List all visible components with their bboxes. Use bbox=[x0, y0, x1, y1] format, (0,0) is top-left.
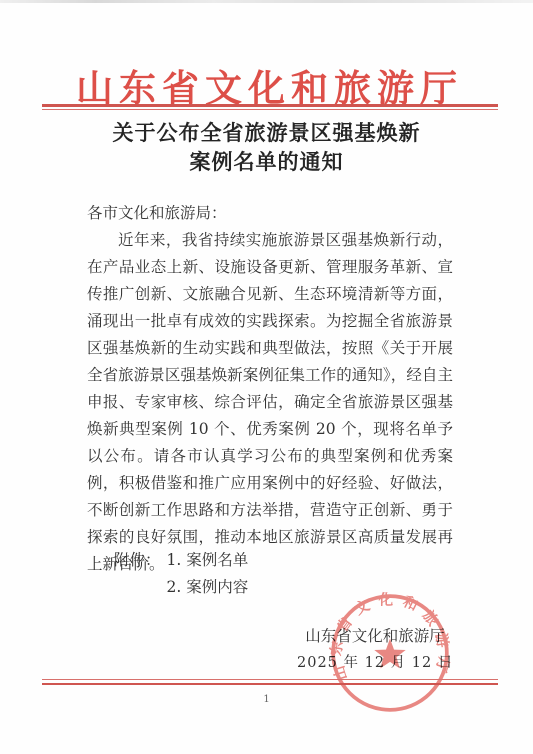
page-number: 1 bbox=[0, 694, 533, 705]
signature-date: 2025 年 12 月 12 日 bbox=[297, 650, 453, 676]
attachments-list: 1. 案例名单 2. 案例内容 bbox=[167, 547, 249, 601]
attachment-item-2: 2. 案例内容 bbox=[167, 574, 249, 601]
footer-divider-rule bbox=[42, 679, 498, 685]
attachments-label: 附件： bbox=[114, 547, 161, 574]
signature-agency: 山东省文化和旅游厅 bbox=[297, 623, 453, 650]
document-title-line2: 案例名单的通知 bbox=[0, 147, 533, 176]
notice-body: 各市文化和旅游局： 近年来，我省持续实施旅游景区强基焕新行动，在产品业态上新、设… bbox=[87, 200, 453, 578]
body-paragraph: 近年来，我省持续实施旅游景区强基焕新行动，在产品业态上新、设施设备更新、管理服务… bbox=[87, 227, 453, 578]
official-notice-page: 山东省文化和旅游厅 关于公布全省旅游景区强基焕新 案例名单的通知 各市文化和旅游… bbox=[0, 0, 533, 754]
document-title: 关于公布全省旅游景区强基焕新 案例名单的通知 bbox=[0, 118, 533, 176]
salutation: 各市文化和旅游局： bbox=[87, 200, 453, 227]
document-title-line1: 关于公布全省旅游景区强基焕新 bbox=[0, 118, 533, 147]
letterhead-divider-rule bbox=[42, 104, 498, 110]
scan-edge-artifact bbox=[0, 0, 533, 3]
attachments-block: 附件： 1. 案例名单 2. 案例内容 bbox=[114, 547, 248, 601]
attachment-item-1: 1. 案例名单 bbox=[167, 547, 249, 574]
signature-block: 山东省文化和旅游厅 2025 年 12 月 12 日 bbox=[297, 623, 453, 676]
